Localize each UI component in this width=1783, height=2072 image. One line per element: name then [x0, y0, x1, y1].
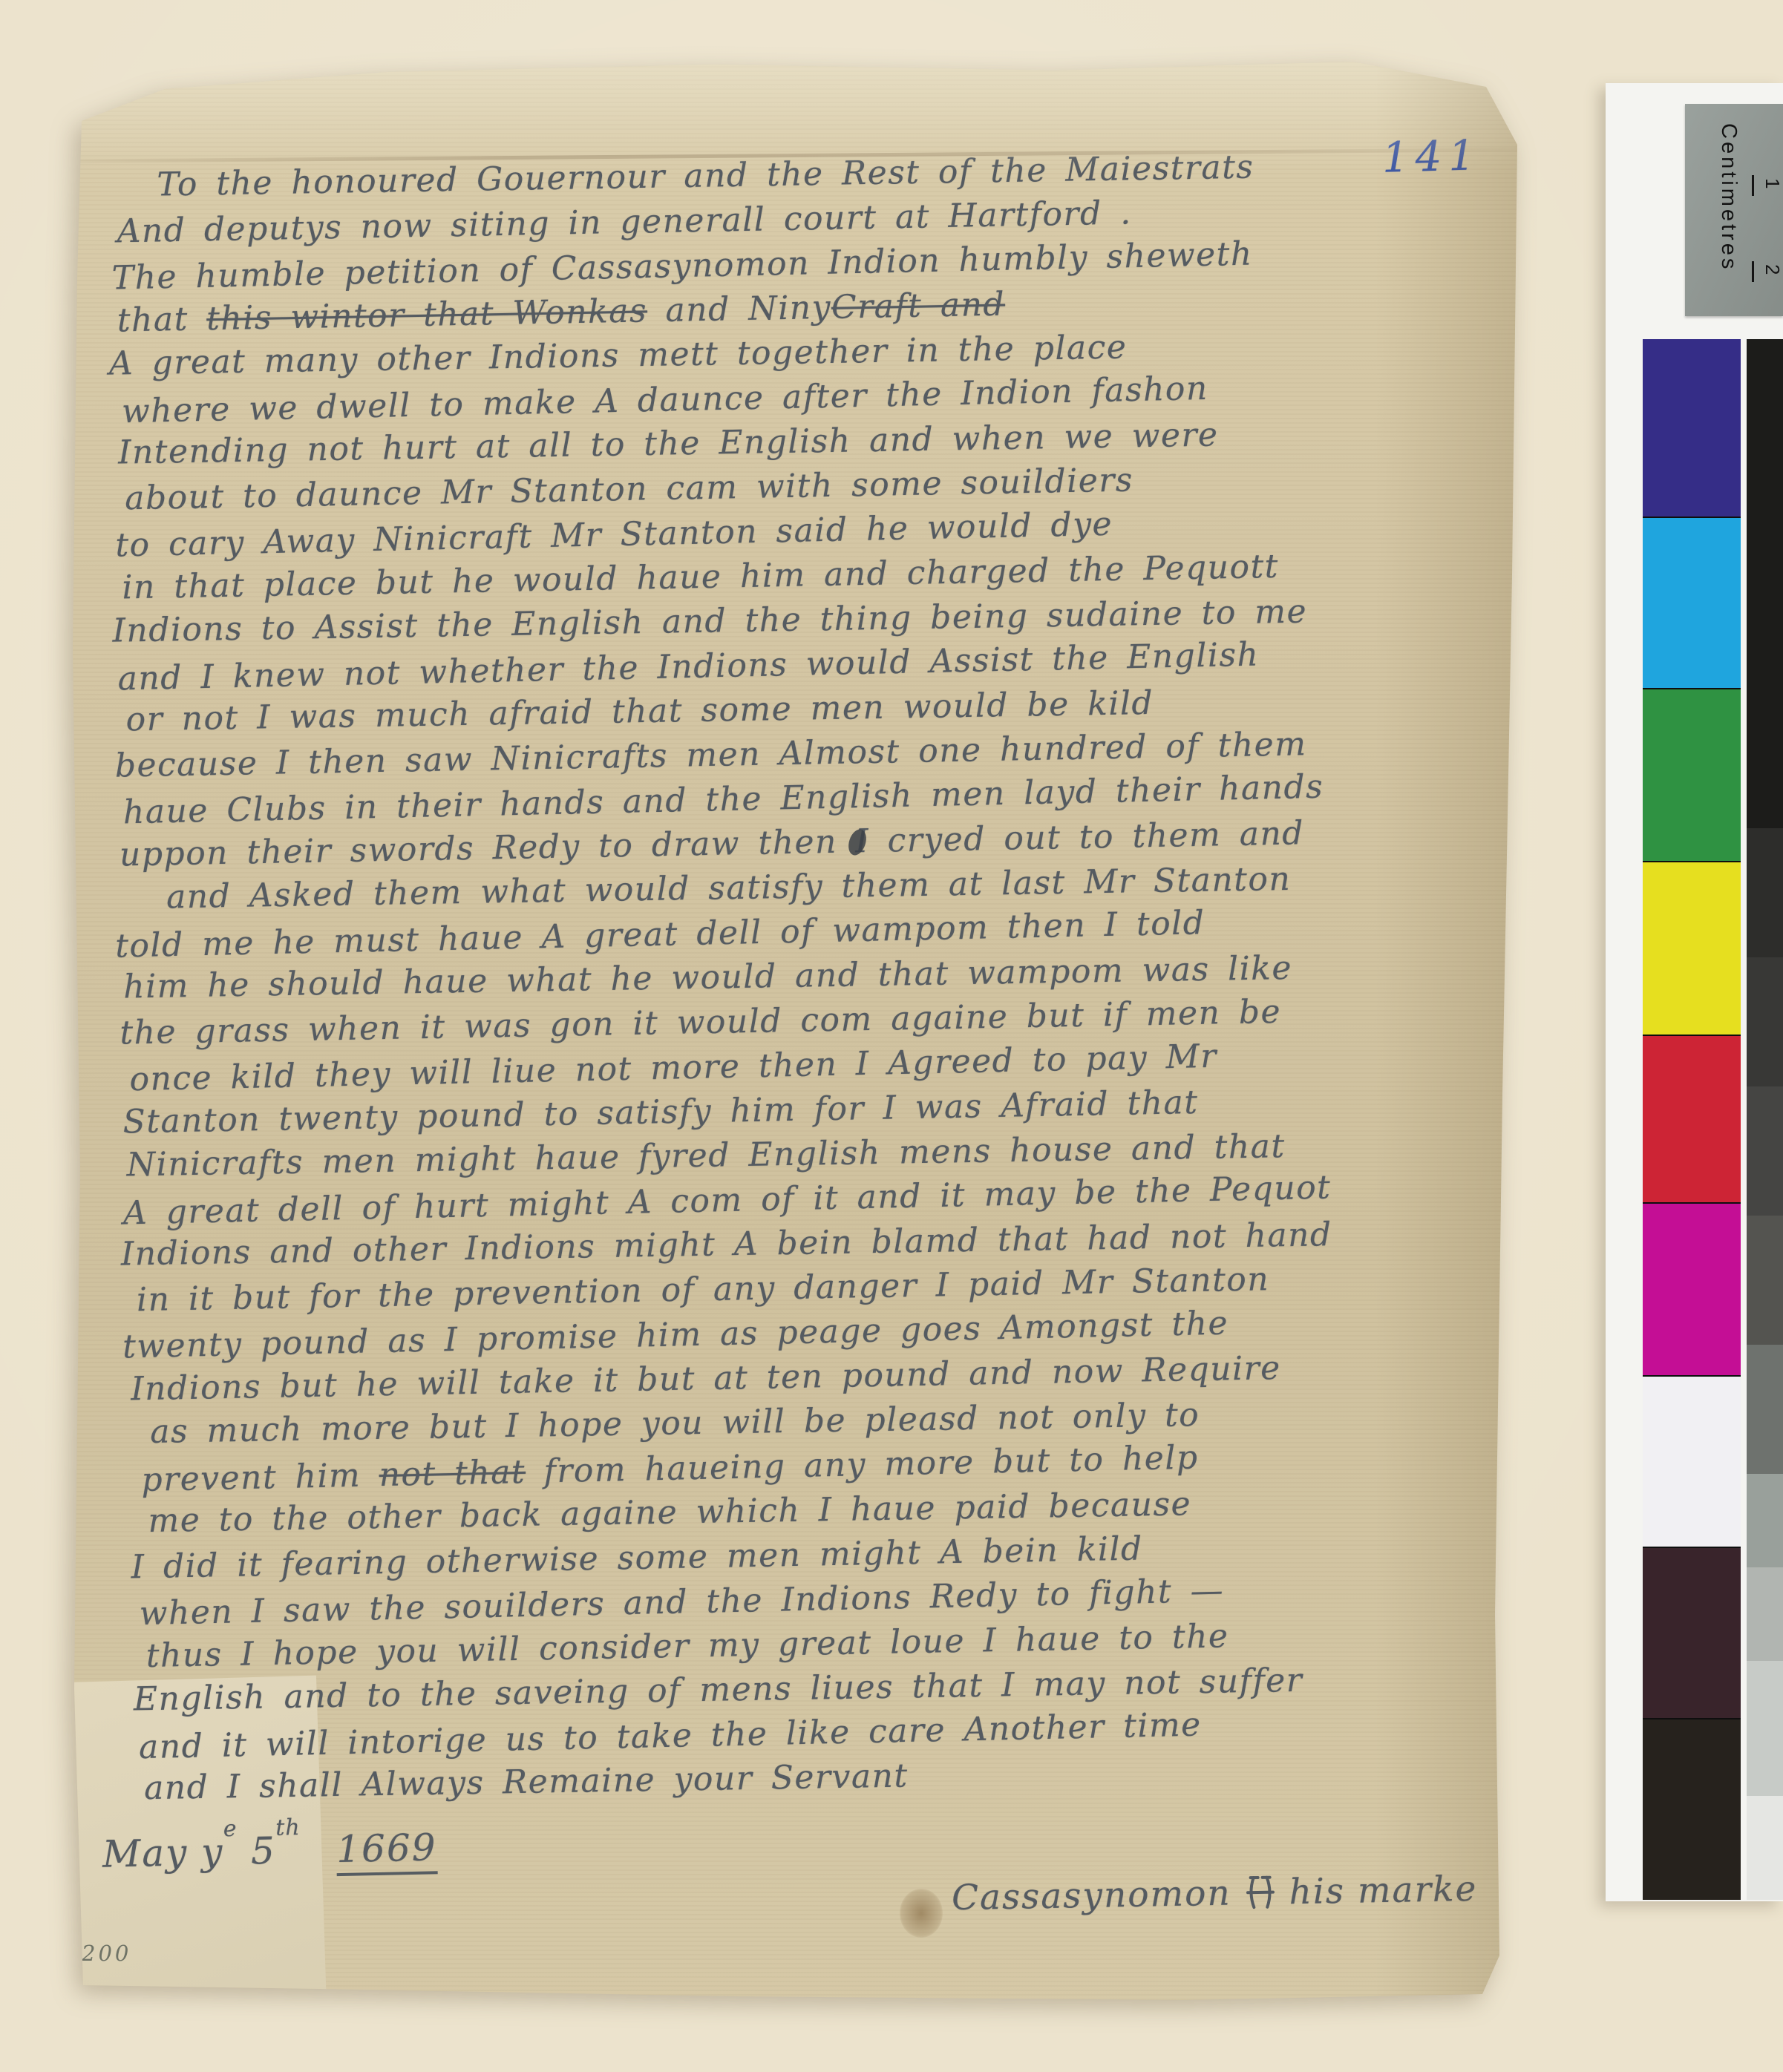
gray-step [1747, 1796, 1783, 1900]
gray-step [1747, 339, 1783, 828]
manuscript-text: that [117, 300, 206, 339]
color-target-card: Centimetres 1 2 [1606, 83, 1783, 1901]
grayscale-column [1747, 339, 1783, 1900]
signature-suffix: his marke [1289, 1868, 1478, 1912]
gray-step [1747, 1474, 1783, 1567]
gray-step [1747, 957, 1783, 1086]
ruler-label: Centimetres [1716, 123, 1741, 272]
ruler-panel: Centimetres 1 2 [1685, 104, 1783, 316]
ruler-tick [1752, 261, 1754, 282]
catalog-number: 200 [82, 1941, 131, 1966]
document-sheet-wrapper: 141 To the honoured Gouernour and the Re… [68, 56, 1520, 2009]
gray-step [1747, 828, 1783, 957]
date-superscript-th: th [275, 1814, 301, 1841]
gray-step [1747, 1216, 1783, 1345]
date-superscript-e: e [223, 1816, 237, 1842]
swatch-yellow [1643, 861, 1741, 1035]
swatch-indigo [1643, 339, 1741, 517]
gray-step [1747, 1345, 1783, 1474]
struck-text: this wintor that Wonkas [206, 292, 648, 338]
date-prefix: May y [102, 1830, 224, 1875]
signature-name: Cassasynomon [952, 1872, 1232, 1918]
gray-step [1747, 1086, 1783, 1216]
ruler-tick-label: 2 [1761, 264, 1783, 275]
swatch-dark-maroon [1643, 1547, 1741, 1718]
swatch-green [1643, 688, 1741, 861]
struck-text: Craft and [831, 286, 1006, 327]
swatch-cyan [1643, 517, 1741, 688]
signature-mark-icon [1243, 1872, 1277, 1914]
swatch-magenta [1643, 1202, 1741, 1375]
signature-line: Cassasynomon his marke [952, 1868, 1478, 1918]
manuscript-text: and Niny [647, 289, 832, 330]
photo-background: { "photo": { "background_color": "#ece3c… [0, 0, 1783, 2072]
color-swatch-column [1643, 339, 1741, 1900]
document-sheet: 141 To the honoured Gouernour and the Re… [68, 56, 1520, 2009]
swatch-black [1643, 1718, 1741, 1900]
ink-stain [900, 1889, 943, 1938]
ruler-tick [1752, 175, 1754, 196]
date-line: May ye 5th1669 [102, 1826, 437, 1875]
struck-text: not that [379, 1453, 526, 1494]
manuscript-lines: To the honoured Gouernour and the Rest o… [94, 140, 1534, 1812]
manuscript-text: and I shall Always Remaine your Servant [144, 1757, 909, 1807]
swatch-red [1643, 1035, 1741, 1202]
date-year: 1669 [336, 1826, 438, 1876]
gray-step [1747, 1567, 1783, 1661]
gray-step [1747, 1661, 1783, 1796]
date-day: 5 [238, 1829, 277, 1873]
manuscript-text: prevent him [141, 1456, 379, 1499]
swatch-white [1643, 1375, 1741, 1547]
ruler-tick-label: 1 [1761, 178, 1783, 188]
